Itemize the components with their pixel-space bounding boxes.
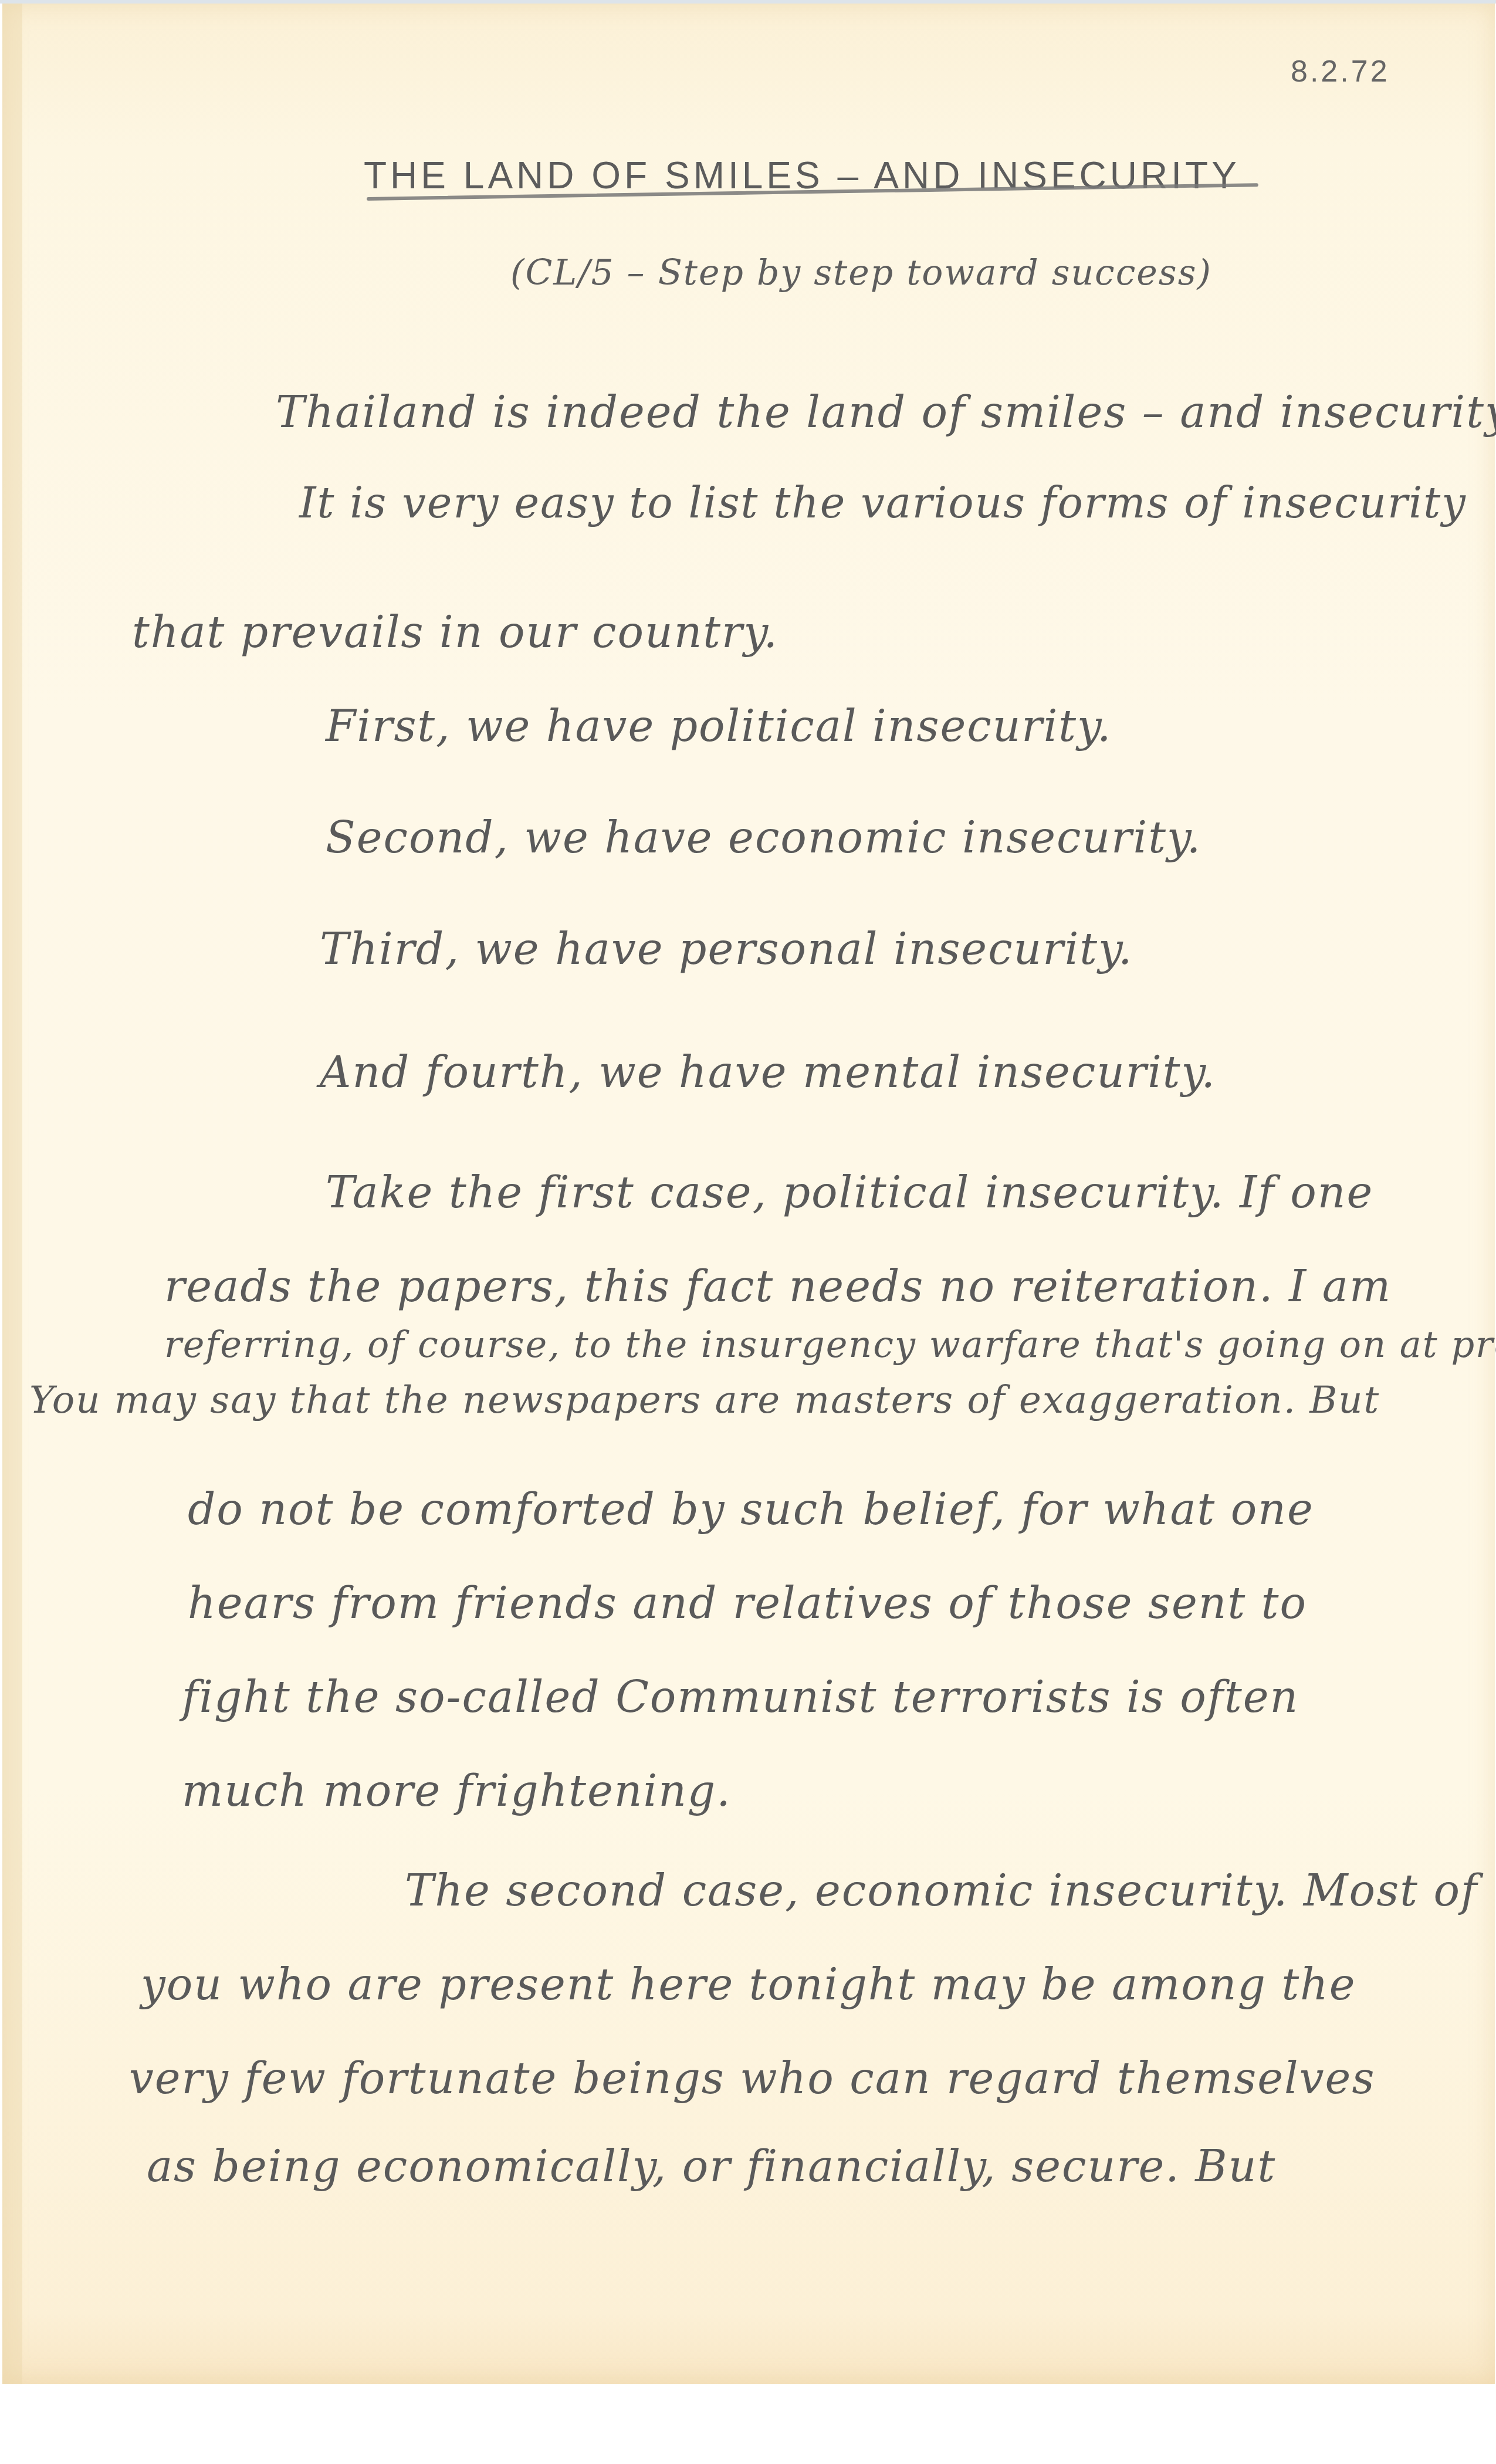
manuscript-line: Second, we have economic insecurity. — [326, 813, 1201, 863]
manuscript-line: referring, of course, to the insurgency … — [164, 1323, 1496, 1366]
manuscript-line: as being economically, or financially, s… — [147, 2141, 1276, 2192]
manuscript-line: fight the so-called Communist terrorists… — [182, 1672, 1299, 1722]
manuscript-line: Take the first case, political insecurit… — [326, 1167, 1373, 1218]
manuscript-line: You may say that the newspapers are mast… — [29, 1379, 1380, 1422]
manuscript-line: The second case, economic insecurity. Mo… — [405, 1866, 1478, 1916]
manuscript-line: do not be comforted by such belief, for … — [188, 1484, 1314, 1535]
manuscript-line: And fourth, we have mental insecurity. — [320, 1047, 1216, 1098]
manuscript-line: Third, we have personal insecurity. — [320, 924, 1133, 974]
manuscript-line: First, we have political insecurity. — [326, 701, 1112, 752]
manuscript-line: that prevails in our country. — [132, 607, 779, 658]
manuscript-line: very few fortunate beings who can regard… — [129, 2053, 1375, 2104]
manuscript-line: much more frightening. — [182, 1766, 732, 1816]
page-subtitle: (CL/5 – Step by step toward success) — [510, 252, 1212, 293]
manuscript-line: hears from friends and relatives of thos… — [188, 1578, 1307, 1629]
manuscript-line: you who are present here tonight may be … — [141, 1959, 1356, 2010]
manuscript-line: Thailand is indeed the land of smiles – … — [276, 387, 1496, 438]
paper-fold-shade — [2, 4, 22, 2384]
manuscript-line: reads the papers, this fact needs no rei… — [164, 1261, 1392, 1312]
manuscript-line: It is very easy to list the various form… — [299, 478, 1467, 527]
date-annotation: 8.2.72 — [1291, 54, 1390, 89]
